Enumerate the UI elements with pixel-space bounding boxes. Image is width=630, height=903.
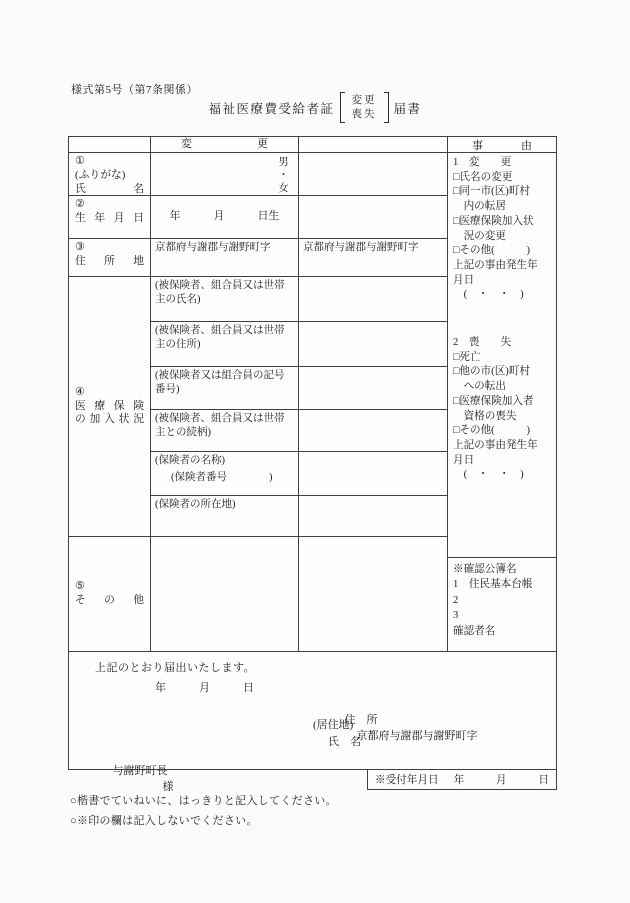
reason-change-line: □氏名の変更 (453, 171, 551, 186)
gender-selector: 男 ・ 女 (276, 155, 294, 193)
row-name-label: 氏名 (75, 183, 144, 197)
row-insurance-group: ④ 医療保険 の加入状況 (被保険者、組合員又は世帯主の氏名) (被保険者、組合… (69, 277, 447, 537)
reason-header-label: 事由 (448, 137, 556, 153)
title-bracket-options: 変更 喪失 (350, 92, 379, 123)
row-birthdate-second-cell (299, 196, 447, 238)
main-form-table: 変更 ① (ふりがな) 氏名 男 ・ 女 (68, 136, 557, 652)
reason-loss-line: □医療保険加入者 (453, 395, 551, 410)
header-empty-cell (69, 137, 151, 152)
subrow-insured-name-value (299, 277, 447, 321)
reason-change-line: □同一市(区)町村 (453, 185, 551, 200)
subrow-symbol-number-value (299, 367, 447, 409)
row-insurance-label-cell: ④ 医療保険 の加入状況 (69, 277, 151, 536)
title-option-loss: 喪失 (352, 108, 377, 122)
subrow-insurer-location-value (299, 496, 447, 536)
row-name-furigana: (ふりがな) (75, 169, 144, 183)
subrow-insurer-location: (保険者の所在地) (151, 496, 447, 536)
declaration-name-label: 氏 名 (328, 733, 361, 749)
reason-loss-line: 2 喪 失 (453, 336, 551, 351)
subrow-insurer-name: (保険者の名称) (保険者番号 ) (151, 452, 447, 496)
row-birthdate: ② 生年月日 年 月 日生 (69, 196, 447, 239)
confirmation-line: 確認者名 (453, 624, 551, 639)
reason-change-section: 1 変 更□氏名の変更□同一市(区)町村 内の転居□医療保険加入状 況の変更□そ… (453, 156, 551, 303)
subrow-symbol-number: (被保険者又は組合員の記号番号) (151, 367, 447, 410)
title-option-change: 変更 (352, 94, 377, 108)
declaration-residence-label: (居住地) (313, 716, 353, 732)
reason-loss-line: ( ・ ・ ) (453, 468, 551, 483)
reception-date-value: 年 月 日 (454, 772, 549, 787)
form-title: 福祉医療費受給者証 変更 喪失 届書 (0, 92, 630, 123)
reception-date-label: ※受付年月日 (375, 772, 439, 787)
subrow-insurer-name-value (299, 452, 447, 495)
gender-female-label: 女 (276, 182, 291, 195)
reason-change-line: ( ・ ・ ) (453, 288, 551, 303)
subrow-symbol-number-label: (被保険者又は組合員の記号番号) (151, 367, 299, 409)
row-name-second-cell (299, 153, 447, 195)
right-bracket-icon (384, 92, 389, 123)
row-name-number: ① (75, 155, 144, 169)
row-insurance-number: ④ (75, 386, 144, 400)
row-other-label-cell: ⑤ その他 (69, 537, 151, 651)
row-name-change-cell: 男 ・ 女 (151, 153, 299, 195)
reason-loss-line: □死亡 (453, 351, 551, 366)
row-address-second-cell: 京都府与謝郡与謝野町字 (299, 239, 447, 276)
confirmation-line: ※確認公簿名 (453, 562, 551, 577)
reason-loss-line: への転出 (453, 380, 551, 395)
row-birthdate-change-cell: 年 月 日生 (151, 196, 299, 238)
footer-note-line: ○※印の欄は記入しないでください。 (70, 812, 337, 832)
row-name: ① (ふりがな) 氏名 男 ・ 女 (69, 153, 447, 196)
subrow-relationship: (被保険者、組合員又は世帯主との続柄) (151, 410, 447, 452)
subrow-insured-name: (被保険者、組合員又は世帯主の氏名) (151, 277, 447, 322)
row-insurance-label-line2: の加入状況 (75, 413, 144, 427)
subrow-insurer-name-line1: (保険者の名称) (155, 454, 294, 468)
confirmation-register-cell: ※確認公簿名1 住民基本台帳23確認者名 (448, 558, 556, 651)
reason-loss-line: 上記の事由発生年 (453, 439, 551, 454)
declaration-addressee: 与謝野町長 (113, 765, 168, 777)
subrow-relationship-label: (被保険者、組合員又は世帯主との続柄) (151, 410, 299, 451)
form-page: 様式第5号（第7条関係） 福祉医療費受給者証 変更 喪失 届書 変更 ① (ふり… (0, 0, 630, 903)
subrow-insurer-name-label: (保険者の名称) (保険者番号 ) (151, 452, 299, 495)
reason-change-line: □その他( ) (453, 244, 551, 259)
subrow-insured-address-label: (被保険者、組合員又は世帯主の住所) (151, 322, 299, 366)
row-address: ③ 住所地 京都府与謝郡与謝野町字 京都府与謝郡与謝野町字 (69, 239, 447, 277)
reason-header-cell: 事由 (448, 137, 556, 153)
declaration-statement: 上記のとおり届出いたします。 (95, 659, 255, 675)
footer-note-line: ○楷書でていねいに、はっきりと記入してください。 (70, 792, 337, 812)
declaration-box: 上記のとおり届出いたします。 年 月 日 住 所 京都府与謝郡与謝野町字 (居住… (68, 651, 557, 770)
subrow-insured-name-label: (被保険者、組合員又は世帯主の氏名) (151, 277, 299, 321)
row-birthdate-label: 生年月日 (75, 212, 144, 226)
row-name-label-cell: ① (ふりがな) 氏名 (69, 153, 151, 195)
reason-loss-line: □他の市(区)町村 (453, 365, 551, 380)
reason-change-line: 況の変更 (453, 230, 551, 245)
reason-loss-line: 月日 (453, 454, 551, 469)
row-other-label: その他 (75, 594, 144, 608)
subrow-insured-address-value (299, 322, 447, 366)
reason-main-cell: 1 変 更□氏名の変更□同一市(区)町村 内の転居□医療保険加入状 況の変更□そ… (448, 153, 556, 558)
subrow-relationship-value (299, 410, 447, 451)
row-other-second-cell (299, 537, 447, 651)
row-birthdate-label-cell: ② 生年月日 (69, 196, 151, 238)
gender-male-label: 男 (276, 156, 291, 169)
header-change-label: 変更 (155, 138, 294, 152)
reason-loss-line: □その他( ) (453, 424, 551, 439)
row-other-change-cell (151, 537, 299, 651)
table-header-row: 変更 (69, 137, 447, 153)
row-address-change-cell: 京都府与謝郡与謝野町字 (151, 239, 299, 276)
footer-notes: ○楷書でていねいに、はっきりと記入してください。○※印の欄は記入しないでください… (70, 792, 337, 831)
row-other-number: ⑤ (75, 580, 144, 594)
reception-date-box: ※受付年月日 年 月 日 (367, 769, 557, 790)
reason-change-line: 月日 (453, 274, 551, 289)
declaration-date: 年 月 日 (155, 679, 254, 695)
reason-column: 事由 1 変 更□氏名の変更□同一市(区)町村 内の転居□医療保険加入状 況の変… (447, 137, 556, 651)
subrow-insurer-number-line: (保険者番号 ) (171, 471, 294, 485)
header-empty-cell-2 (299, 137, 447, 152)
reason-change-line: 上記の事由発生年 (453, 259, 551, 274)
declaration-address-value: 京都府与謝郡与謝野町字 (357, 730, 478, 742)
subrow-insurer-location-label: (保険者の所在地) (151, 496, 299, 536)
reason-change-line: □医療保険加入状 (453, 215, 551, 230)
reason-loss-section: 2 喪 失□死亡□他の市(区)町村 への転出□医療保険加入者 資格の喪失□その他… (453, 336, 551, 483)
row-address-number: ③ (75, 241, 144, 255)
row-insurance-label-line1: 医療保険 (75, 400, 144, 414)
row-other: ⑤ その他 (69, 537, 447, 651)
reason-change-line: 内の転居 (453, 200, 551, 215)
confirmation-line: 3 (453, 608, 551, 623)
confirmation-line: 1 住民基本台帳 (453, 577, 551, 592)
form-title-suffix: 届書 (394, 99, 422, 117)
left-bracket-icon (340, 92, 345, 123)
confirmation-line: 2 (453, 593, 551, 608)
row-birthdate-number: ② (75, 198, 144, 212)
gender-dot: ・ (276, 169, 291, 182)
reason-change-line: 1 変 更 (453, 156, 551, 171)
reason-loss-line: 資格の喪失 (453, 410, 551, 425)
subrow-insured-address: (被保険者、組合員又は世帯主の住所) (151, 322, 447, 367)
table-main-columns: 変更 ① (ふりがな) 氏名 男 ・ 女 (69, 137, 447, 651)
row-address-label-cell: ③ 住所地 (69, 239, 151, 276)
header-change-cell: 変更 (151, 137, 299, 152)
insurance-subrows: (被保険者、組合員又は世帯主の氏名) (被保険者、組合員又は世帯主の住所) (被… (151, 277, 447, 536)
row-address-label: 住所地 (75, 255, 144, 269)
form-title-prefix: 福祉医療費受給者証 (208, 99, 334, 117)
